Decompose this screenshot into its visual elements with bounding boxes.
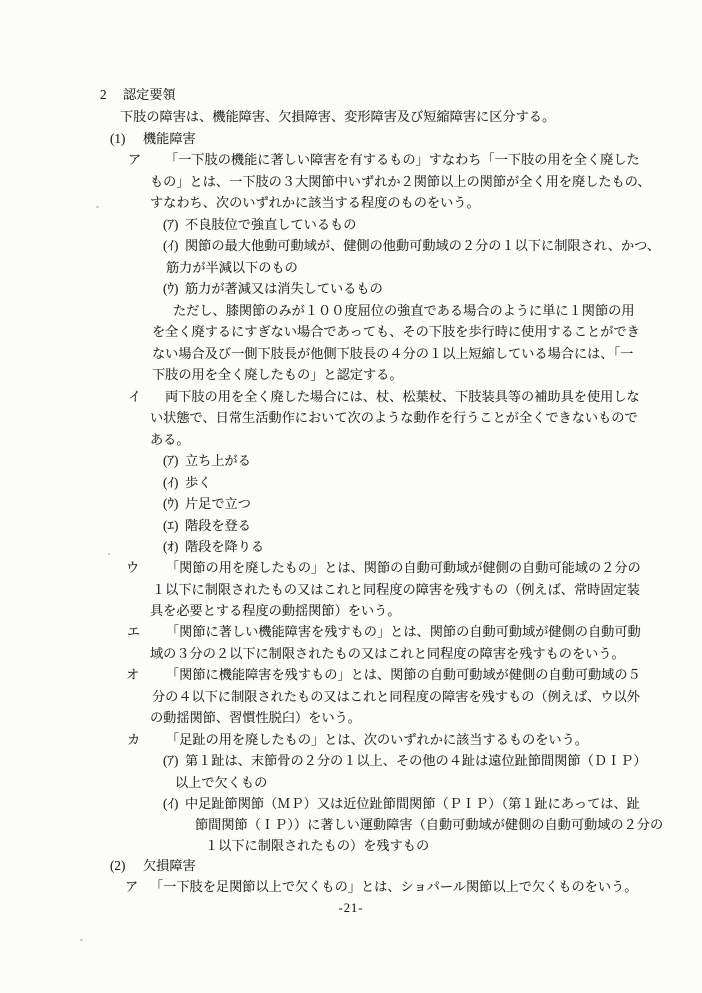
line-text: を全く廃するにすぎない場合であっても、その下肢を歩行時に使用することができ (152, 323, 640, 340)
line-text: 片足で立つ (185, 495, 251, 512)
text-line: を全く廃するにすぎない場合であっても、その下肢を歩行時に使用することができ (0, 323, 702, 342)
text-line: ただし、膝関節のみが１００度屈位の強直である場合のように単に１関節の用 (0, 302, 702, 321)
list-marker: ア (125, 878, 138, 895)
line-text: 「一下肢を足関節以上で欠くもの」とは、ショパール関節以上で欠くものをいう。 (150, 878, 637, 895)
line-text: ただし、膝関節のみが１００度屈位の強直である場合のように単に１関節の用 (173, 302, 635, 319)
line-text: 具を必要とする程度の動揺関節）をいう。 (150, 602, 401, 619)
line-text: 階段を登る (185, 517, 251, 534)
line-text: 中足趾節関節（ＭＰ）又は近位趾節間関節（ＰＩＰ）（第１趾にあっては、趾 (185, 795, 640, 812)
list-marker: (ｵ) (163, 538, 178, 555)
list-item: ア「一下肢を足関節以上で欠くもの」とは、ショパール関節以上で欠くものをいう。 (0, 878, 702, 897)
list-marker: オ (126, 666, 139, 683)
line-text: の動揺関節、習慣性脱臼）をいう。 (150, 709, 361, 726)
line-text: 筋力が著減又は消失しているもの (185, 280, 383, 297)
line-text: 「関節に著しい機能障害を残すもの」とは、関節の自動可動域が健側の自動可動 (166, 623, 641, 640)
list-marker: (ｳ) (163, 280, 178, 297)
line-text: 階段を降りる (185, 538, 264, 555)
scan-speck (96, 206, 99, 208)
list-item: エ「関節に著しい機能障害を残すもの」とは、関節の自動可動域が健側の自動可動 (0, 623, 702, 642)
text-line: 下肢の用を全く廃したもの」と認定する。 (0, 366, 702, 385)
line-text: 「関節に機能障害を残すもの」とは、関節の自動可動域が健側の自動可動域の５ (166, 666, 641, 683)
text-line: ある。 (0, 431, 702, 450)
scan-speck (108, 553, 110, 555)
list-item: (ｱ)第１趾は、末節骨の２分の１以上、その他の４趾は遠位趾節間関節（ＤＩＰ） (0, 752, 702, 771)
list-item: (ｱ)不良肢位で強直しているもの (0, 216, 702, 235)
list-item: (ｲ)中足趾節関節（ＭＰ）又は近位趾節間関節（ＰＩＰ）（第１趾にあっては、趾 (0, 795, 702, 814)
line-text: 両下肢の用を全く廃した場合には、杖、松葉杖、下肢装具等の補助具を使用しな (165, 388, 640, 405)
line-text: すなわち、次のいずれかに該当する程度のものをいう。 (150, 194, 480, 211)
subsection-heading: (1)機能障害 (0, 130, 702, 149)
text-line: 以上で欠くもの (0, 774, 702, 793)
line-text: 「足趾の用を廃したもの」とは、次のいずれかに該当するものをいう。 (166, 731, 588, 748)
line-text: 下肢の障害は、機能障害、欠損障害、変形障害及び短縮障害に区分する。 (120, 108, 555, 125)
line-text: 「一下肢の機能に著しい障害を有するもの」すなわち「一下肢の用を全く廃した (165, 151, 640, 168)
text-line: すなわち、次のいずれかに該当する程度のものをいう。 (0, 194, 702, 213)
subsection-title: 欠損障害 (143, 857, 196, 874)
list-marker: (ｳ) (163, 495, 178, 512)
text-line: い状態で、日常生活動作において次のような動作を行うことが全くできないもので (0, 409, 702, 428)
line-text: もの」とは、一下肢の３大関節中いずれか２関節以上の関節が全く用を廃したもの、 (150, 173, 651, 190)
list-item: (ｳ)片足で立つ (0, 495, 702, 514)
line-text: い状態で、日常生活動作において次のような動作を行うことが全くできないもので (150, 409, 638, 426)
list-marker: (ｱ) (163, 752, 178, 769)
scan-speck (80, 939, 83, 941)
list-item: (ｵ)階段を降りる (0, 538, 702, 557)
line-text: 以上で欠くもの (175, 774, 267, 791)
text-line: ない場合及び一側下肢長が他側下肢長の４分の１以上短縮している場合には、「一 (0, 345, 702, 364)
list-marker: (ｲ) (163, 474, 178, 491)
line-text: 分の４以下に制限されたもの又はこれと同程度の障害を残すもの（例えば、ウ以外 (152, 688, 640, 705)
list-item: (ｲ)歩く (0, 474, 702, 493)
text-line: の動揺関節、習慣性脱臼）をいう。 (0, 709, 702, 728)
list-marker: (ｴ) (163, 517, 178, 534)
list-item: ア「一下肢の機能に著しい障害を有するもの」すなわち「一下肢の用を全く廃した (0, 151, 702, 170)
list-marker: カ (127, 731, 140, 748)
section-heading: 2認定要領 (0, 86, 702, 105)
text-line: 域の３分の２以下に制限されたもの又はこれと同程度の障害を残すものをいう。 (0, 645, 702, 664)
text-line: １以下に制限されたもの）を残すもの (0, 837, 702, 856)
list-item: (ｳ)筋力が著減又は消失しているもの (0, 280, 702, 299)
line-text: ある。 (150, 431, 190, 448)
list-marker: (2) (110, 857, 125, 874)
text-line: 具を必要とする程度の動揺関節）をいう。 (0, 602, 702, 621)
list-item: (ｴ)階段を登る (0, 517, 702, 536)
list-marker: (ｲ) (163, 795, 178, 812)
list-marker: イ (128, 388, 141, 405)
text-line: 分の４以下に制限されたもの又はこれと同程度の障害を残すもの（例えば、ウ以外 (0, 688, 702, 707)
list-item: イ両下肢の用を全く廃した場合には、杖、松葉杖、下肢装具等の補助具を使用しな (0, 388, 702, 407)
line-text: １以下に制限されたもの）を残すもの (205, 837, 429, 854)
text-line: 節間関節（ＩＰ））に著しい運動障害（自動可動域が健側の自動可動域の２分の (0, 816, 702, 835)
list-marker: (ｲ) (163, 237, 178, 254)
list-marker: (ｱ) (163, 216, 178, 233)
list-item: ウ「関節の用を廃したもの」とは、関節の自動可動域が健側の自動可能域の２分の (0, 559, 702, 578)
list-item: オ「関節に機能障害を残すもの」とは、関節の自動可動域が健側の自動可動域の５ (0, 666, 702, 685)
list-item: (ｲ)関節の最大他動可動域が、健側の他動可動域の２分の１以下に制限され、かつ、 (0, 237, 702, 256)
list-marker: ア (128, 151, 141, 168)
subsection-title: 機能障害 (143, 130, 196, 147)
text-line: １以下に制限されたもの又はこれと同程度の障害を残すもの（例えば、常時固定装 (0, 581, 702, 600)
line-text: ない場合及び一側下肢長が他側下肢長の４分の１以上短縮している場合には、「一 (152, 345, 633, 362)
list-marker: エ (127, 623, 140, 640)
line-text: 立ち上がる (185, 452, 251, 469)
text-line: もの」とは、一下肢の３大関節中いずれか２関節以上の関節が全く用を廃したもの、 (0, 173, 702, 192)
line-text: 関節の最大他動可動域が、健側の他動可動域の２分の１以下に制限され、かつ、 (185, 237, 660, 254)
line-text: １以下に制限されたもの又はこれと同程度の障害を残すもの（例えば、常時固定装 (152, 581, 640, 598)
list-marker: (ｱ) (163, 452, 178, 469)
text-line: 筋力が半減以下のもの (0, 259, 702, 278)
list-marker: ウ (126, 559, 139, 576)
list-item: (ｱ)立ち上がる (0, 452, 702, 471)
line-text: 「関節の用を廃したもの」とは、関節の自動可動域が健側の自動可能域の２分の (166, 559, 641, 576)
page-number: -21- (0, 901, 702, 916)
line-text: 節間関節（ＩＰ））に著しい運動障害（自動可動域が健側の自動可動域の２分の (195, 816, 663, 833)
line-text: 第１趾は、末節骨の２分の１以上、その他の４趾は遠位趾節間関節（ＤＩＰ） (185, 752, 647, 769)
line-text: 歩く (185, 474, 211, 491)
line-text: 不良肢位で強直しているもの (185, 216, 356, 233)
document-page: 2認定要領 下肢の障害は、機能障害、欠損障害、変形障害及び短縮障害に区分する。 … (0, 0, 702, 993)
line-text: 筋力が半減以下のもの (166, 259, 298, 276)
list-marker: (1) (110, 130, 125, 147)
line-text: 下肢の用を全く廃したもの」と認定する。 (152, 366, 403, 383)
text-line: 下肢の障害は、機能障害、欠損障害、変形障害及び短縮障害に区分する。 (0, 108, 702, 127)
section-title: 認定要領 (123, 86, 176, 103)
section-number: 2 (100, 86, 107, 103)
line-text: 域の３分の２以下に制限されたもの又はこれと同程度の障害を残すものをいう。 (150, 645, 625, 662)
list-item: カ「足趾の用を廃したもの」とは、次のいずれかに該当するものをいう。 (0, 731, 702, 750)
subsection-heading: (2)欠損障害 (0, 857, 702, 876)
